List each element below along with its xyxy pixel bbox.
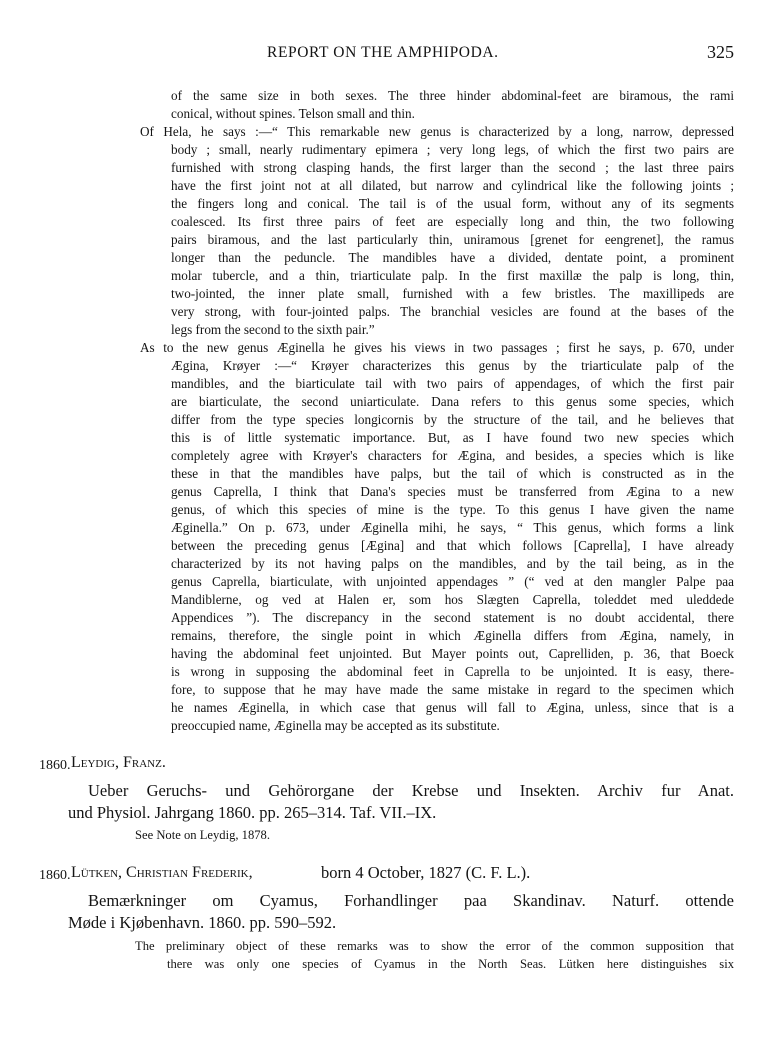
text-line: genus Caprella, biarticulate, with unjoi… [171,573,734,591]
text-line: legs from the second to the sixth pair.” [171,321,734,339]
entry-author-extra: born 4 October, 1827 (C. F. L.). [321,864,530,882]
text-line: these in that the mandibles have palps, … [171,465,734,483]
text-line: Ægina, Krøyer :—“ Krøyer characterizes t… [171,357,734,375]
text-line: very strong, with four-jointed palps. Th… [171,303,734,321]
text-line: Mandiblerne, og ved at Halen er, som hos… [171,591,734,609]
text-line: he names Æginella, in which case that ge… [171,699,734,717]
entry-title-line: Møde i Kjøbenhavn. 1860. pp. 590–592. [68,912,336,934]
text-line: completely agree with Krøyer's character… [171,447,734,465]
text-line: longer than the peduncle. The mandibles … [171,249,734,267]
entry-title-line: und Physiol. Jahrgang 1860. pp. 265–314.… [68,802,436,824]
text-line: Of Hela, he says :—“ This remarkable new… [140,123,734,141]
entry-author: Lütken, Christian Frederik, [71,864,253,882]
text-line: are biarticulate, the second uniarticula… [171,393,734,411]
page-number: 325 [707,42,734,63]
text-line: coalesced. Its first three pairs of feet… [171,213,734,231]
text-line: Appendices ”). The discrepancy in the se… [171,609,734,627]
entry-note: See Note on Leydig, 1878. [135,826,270,844]
text-line: this is of little systematic importance.… [171,429,734,447]
text-line: have the first joint not at all dilated,… [171,177,734,195]
text-line: pairs biramous, and the last particularl… [171,231,734,249]
text-line: of the same size in both sexes. The thre… [171,87,734,105]
text-line: remains, therefore, the single point in … [171,627,734,645]
text-line: between the preceding genus [Ægina] and … [171,537,734,555]
text-line: genus Caprella, I think that Dana's spec… [171,483,734,501]
text-line: mandibles, and the biarticulate tail wit… [171,375,734,393]
text-line: As to the new genus Æginella he gives hi… [140,339,734,357]
text-line: fore, to suppose that he may have made t… [171,681,734,699]
text-line: molar tubercle, and a thin, triarticulat… [171,267,734,285]
text-line: characterized by its not having palps on… [171,555,734,573]
entry-note-line: The preliminary object of these remarks … [135,937,734,955]
text-line: genus, of which this species of mine is … [171,501,734,519]
running-title: REPORT ON THE AMPHIPODA. [267,44,499,62]
text-line: differ from the type species longicornis… [171,411,734,429]
text-line: body ; small, nearly rudimentary epimera… [171,141,734,159]
page-header: REPORT ON THE AMPHIPODA. 325 [0,44,776,68]
entry-author: Leydig, Franz. [71,754,166,772]
text-line: conical, without spines. Telson small an… [171,105,734,123]
text-line: the fingers long and conical. The tail i… [171,195,734,213]
text-line: two-jointed, the inner plate small, furn… [171,285,734,303]
text-line: having the abdominal feet unjointed. But… [171,645,734,663]
entry-title-line: Ueber Geruchs- und Gehörorgane der Krebs… [88,780,734,802]
entry-year: 1860. [39,757,71,775]
text-line: Æginella.” On p. 673, under Æginella mih… [171,519,734,537]
text-line: preoccupied name, Æginella may be accept… [171,717,734,735]
text-line: is wrong in supposing the abdominal feet… [171,663,734,681]
text-line: furnished with strong clasping hands, th… [171,159,734,177]
entry-year: 1860. [39,867,71,885]
entry-note-line: there was only one species of Cyamus in … [167,955,734,973]
entry-title-line: Bemærkninger om Cyamus, Forhandlinger pa… [88,890,734,912]
